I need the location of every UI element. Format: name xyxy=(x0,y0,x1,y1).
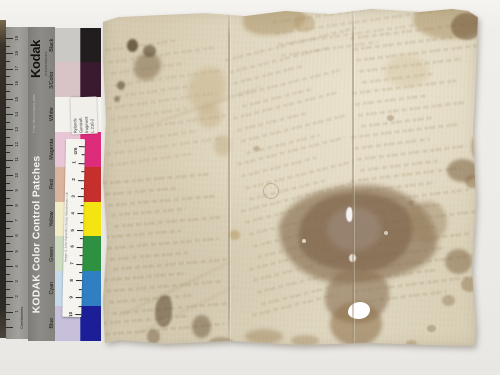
ghost-text-line xyxy=(114,216,224,229)
stain xyxy=(245,329,283,344)
stain xyxy=(114,96,120,102)
gray-ruler-number: 13 xyxy=(14,123,19,136)
gray-ruler-halftick xyxy=(6,213,10,214)
cm-ruler-halftick xyxy=(79,272,82,273)
gray-ruler-number: 11 xyxy=(14,153,19,166)
patch-label-black: Black xyxy=(48,28,54,62)
stain xyxy=(409,201,447,243)
gray-ruler-tick xyxy=(6,160,13,161)
gray-ruler-halftick xyxy=(6,61,10,62)
gray-ruler-tick xyxy=(6,266,13,267)
cm-ruler-tick xyxy=(76,280,82,281)
gray-ruler-number: 2 xyxy=(14,290,19,303)
ghost-text-line xyxy=(105,39,178,52)
cm-ruler-tick xyxy=(78,180,84,181)
gray-ruler-tick xyxy=(6,297,13,298)
stain xyxy=(406,340,417,347)
cm-ruler-tick xyxy=(76,264,82,265)
stain xyxy=(442,295,455,306)
stain xyxy=(253,146,260,151)
patch-label-cyan: Cyan xyxy=(48,272,54,306)
ghost-text-line xyxy=(354,138,430,150)
gray-ruler-halftick xyxy=(6,91,10,92)
cm-ruler-number: 10 xyxy=(68,307,73,320)
gray-ruler-tick xyxy=(6,145,13,146)
gray-ruler-halftick xyxy=(6,107,10,108)
cm-ruler-halftick xyxy=(79,289,82,290)
gray-ruler-halftick xyxy=(6,167,10,168)
cm-ruler-tick xyxy=(75,314,81,315)
gray-ruler-tick xyxy=(6,327,13,328)
cm-ruler-halftick xyxy=(81,205,84,206)
shelfmark-line: L 216-2 xyxy=(89,97,96,133)
patch-label-magenta: Magenta xyxy=(48,133,54,167)
cm-ruler-number: 7 xyxy=(69,257,74,270)
stain xyxy=(471,135,479,158)
cm-ruler-number: 1 xyxy=(71,156,76,169)
gray-ruler-number: 6 xyxy=(14,229,19,242)
cm-ruler-number: 8 xyxy=(68,274,73,287)
cm-ruler-tick xyxy=(76,297,82,298)
cm-ruler-halftick xyxy=(80,239,83,240)
stain xyxy=(427,325,436,332)
gray-ruler-tick xyxy=(6,175,13,176)
patch-cyan-solid xyxy=(80,271,101,306)
kodak-copyright: © The Tiffen Company, 2000 xyxy=(33,100,36,133)
centimetre-ruler-label: Centimetres xyxy=(20,299,24,338)
manuscript-fragment xyxy=(103,9,479,348)
patch-3/color-tint xyxy=(55,62,80,97)
gray-ruler-number: 14 xyxy=(14,108,19,121)
manuscript-paper xyxy=(103,9,479,348)
ghost-text-line xyxy=(355,94,427,106)
cm-ruler-halftick xyxy=(78,306,81,307)
stain xyxy=(192,315,211,338)
patch-3/color-solid xyxy=(80,62,101,97)
gray-ruler-halftick xyxy=(6,198,10,199)
paper-hole xyxy=(302,239,306,243)
gray-ruler-tick xyxy=(6,281,13,282)
gray-ruler-tick xyxy=(6,236,13,237)
ghost-text-line xyxy=(111,208,186,218)
cm-ruler-tick xyxy=(78,196,84,197)
kodak-logo: Kodak xyxy=(29,33,44,85)
cm-ruler-halftick xyxy=(82,155,85,156)
cm-ruler-number: 3 xyxy=(70,190,75,203)
gray-ruler-halftick xyxy=(6,76,10,77)
patch-label-red: Red xyxy=(48,167,54,201)
stain xyxy=(117,81,125,90)
ghost-text-line xyxy=(103,272,184,282)
ghost-text-line xyxy=(106,280,222,293)
stain xyxy=(408,200,414,206)
patch-label-3/color: 3/Color xyxy=(48,63,54,97)
ghost-text-line xyxy=(108,194,216,206)
stain xyxy=(134,53,161,80)
gray-ruler-halftick xyxy=(6,122,10,123)
cm-ruler-number: 6 xyxy=(69,240,74,253)
gray-ruler-number: 4 xyxy=(14,260,19,273)
ghost-text-line xyxy=(104,229,181,239)
gray-ruler-halftick xyxy=(6,274,10,275)
gray-ruler-number: 8 xyxy=(14,199,19,212)
paper-hole xyxy=(384,231,388,235)
gray-ruler-number: 9 xyxy=(14,184,19,197)
gray-ruler-tick xyxy=(6,69,13,70)
cm-ruler-halftick xyxy=(81,171,84,172)
gray-ruler-tick xyxy=(6,205,13,206)
patch-black-solid xyxy=(80,28,101,63)
gray-ruler-tick xyxy=(6,53,13,54)
patch-blue-solid xyxy=(80,306,101,341)
stain xyxy=(451,13,479,40)
patch-label-blue: Blue xyxy=(48,307,54,341)
photograph: Centimetres 1234567891011121314151617181… xyxy=(0,0,500,375)
stain xyxy=(387,115,394,121)
cm-ruler-halftick xyxy=(80,222,83,223)
patch-label-yellow: Yellow xyxy=(48,202,54,236)
gray-ruler-halftick xyxy=(6,183,10,184)
gray-ruler-number: 17 xyxy=(14,62,19,75)
cm-ruler-tick xyxy=(77,213,83,214)
gray-ruler-number: 16 xyxy=(14,77,19,90)
cm-ruler-tick xyxy=(79,146,85,147)
ghost-text-line xyxy=(110,251,189,261)
cm-ruler-halftick xyxy=(80,255,83,256)
gray-ruler-halftick xyxy=(6,319,10,320)
stain xyxy=(143,45,156,57)
gray-ruler-number: 19 xyxy=(14,32,19,45)
gray-ruler-halftick xyxy=(6,304,10,305)
gray-ruler-halftick xyxy=(6,289,10,290)
gray-ruler-tick xyxy=(6,84,13,85)
gray-ruler-number: 5 xyxy=(14,244,19,257)
gray-ruler-tick xyxy=(6,312,13,313)
stain xyxy=(461,277,478,292)
cm-ruler-number: 9 xyxy=(68,290,73,303)
gray-ruler-tick xyxy=(6,221,13,222)
gray-ruler-halftick xyxy=(6,243,10,244)
cm-ruler-tick xyxy=(78,163,84,164)
fold-line-highlight xyxy=(354,9,355,348)
patch-green-solid xyxy=(80,236,101,271)
gray-ruler-number: 12 xyxy=(14,138,19,151)
gray-ruler-tick xyxy=(6,129,13,130)
patch-label-green: Green xyxy=(48,237,54,271)
ghost-text-line xyxy=(107,237,219,250)
gray-ruler-tick xyxy=(6,38,13,39)
stain xyxy=(147,329,160,344)
ring-stain xyxy=(263,183,279,199)
ghost-text-line xyxy=(109,152,192,167)
gray-ruler-halftick xyxy=(6,46,10,47)
gray-ruler-halftick xyxy=(6,137,10,138)
shelfmark-label-text: RylandsGenizahfragmentL 216-2 xyxy=(71,97,95,133)
gray-ruler-tick xyxy=(6,190,13,191)
ghost-text-line xyxy=(103,173,208,185)
gray-ruler-tick xyxy=(6,99,13,100)
patch-label-white: White xyxy=(48,98,54,132)
gray-ruler-number: 3 xyxy=(14,275,19,288)
cm-ruler-number: 2 xyxy=(71,173,76,186)
gray-ruler-number: 7 xyxy=(14,214,19,227)
stain xyxy=(291,335,319,346)
cm-ruler-tick xyxy=(77,230,83,231)
gray-ruler-number: 10 xyxy=(14,168,19,181)
gray-ruler-halftick xyxy=(6,259,10,260)
gray-ruler-number: 1 xyxy=(14,305,19,318)
stain xyxy=(127,39,138,52)
cm-ruler-number: 5 xyxy=(69,223,74,236)
kodak-strip-title: KODAK Color Control Patches xyxy=(31,137,43,332)
cm-ruler-number: 4 xyxy=(70,206,75,219)
centimetre-ruler: Centimetres 1234567891011121314151617181… xyxy=(6,27,28,339)
gray-ruler-tick xyxy=(6,251,13,252)
shelfmark-label: RylandsGenizahfragmentL 216-2 xyxy=(70,97,97,135)
stain xyxy=(445,249,472,274)
ghost-text-line xyxy=(105,186,178,195)
cm-scale-ruler: cm Image © John Rylands Library, Manches… xyxy=(62,139,85,317)
stain xyxy=(294,15,315,32)
kodak-label-band: Kodak A TIFFEN PRODUCT © The Tiffen Comp… xyxy=(28,27,55,341)
gray-ruler-tick xyxy=(6,114,13,115)
stain xyxy=(385,55,429,87)
stain xyxy=(229,230,240,240)
gray-ruler-halftick xyxy=(6,228,10,229)
gray-ruler-number: 18 xyxy=(14,47,19,60)
gray-ruler-number: 15 xyxy=(14,92,19,105)
fold-line-highlight xyxy=(230,9,231,348)
gray-ruler-halftick xyxy=(6,152,10,153)
cm-ruler-halftick xyxy=(81,188,84,189)
patch-black-tint xyxy=(55,28,80,63)
stain xyxy=(465,175,479,188)
cm-ruler-tick xyxy=(77,247,83,248)
